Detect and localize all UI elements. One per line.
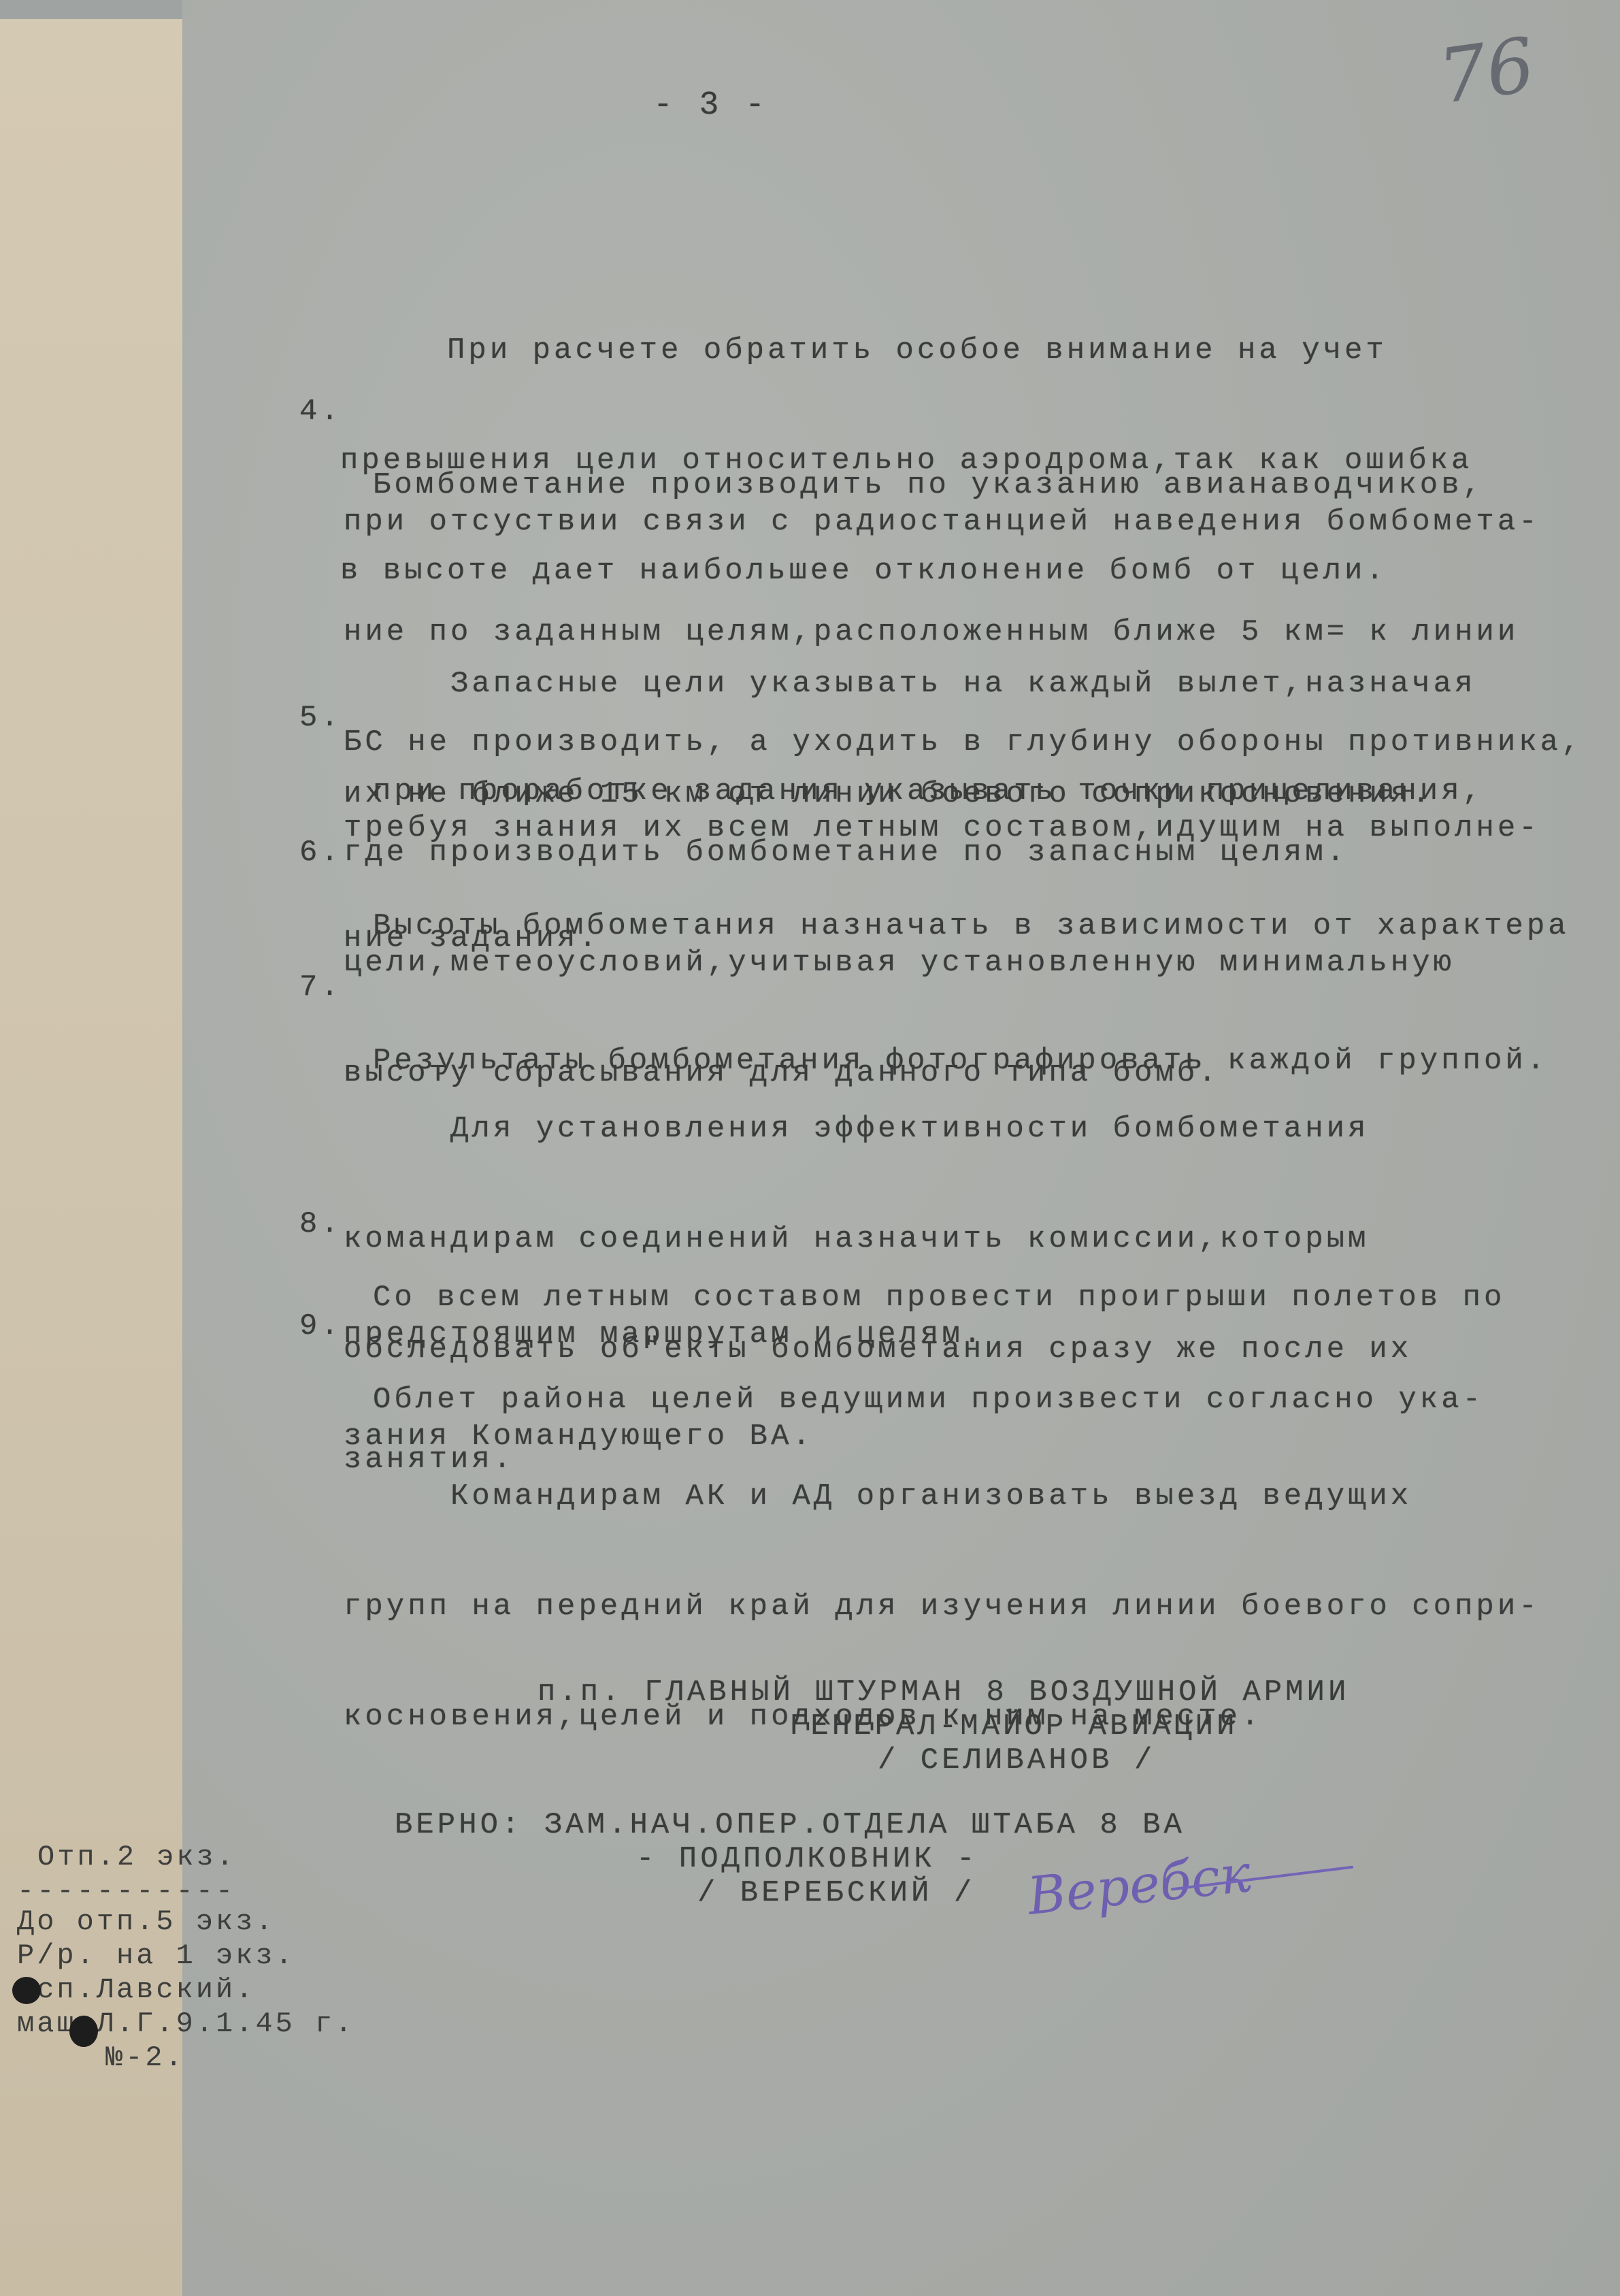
signatory-name: / СЕЛИВАНОВ / [878, 1742, 1155, 1779]
executor: Исп.Лавский. [17, 1973, 255, 2006]
text-line: Командирам АК и АД организовать выезд ве… [344, 1478, 1540, 1515]
item-number-9: 9. [299, 1308, 342, 1345]
distribution-to-send: До отп.5 экз. [17, 1905, 276, 1938]
text-line: Запасные цели указывать на каждый вылет,… [344, 666, 1476, 702]
text-line: при отсуствии связи с радиостанцией наве… [344, 504, 1583, 540]
distribution-draft: Р/р. на 1 экз. [17, 1939, 295, 1972]
item-number-8: 8. [299, 1206, 342, 1243]
item-number-4: 4. [299, 393, 342, 430]
certification-rank: - ПОДПОЛКОВНИК - [636, 1841, 978, 1877]
item-number-6: 6. [299, 834, 342, 871]
item-number-5: 5. [299, 700, 342, 736]
certification-title: ВЕРНО: ЗАМ.НАЧ.ОПЕР.ОТДЕЛА ШТАБА 8 ВА [395, 1807, 1185, 1843]
distribution-copies: Отп.2 экз. [37, 1841, 236, 1873]
item-number-7: 7. [299, 969, 342, 1006]
punch-hole [69, 2016, 98, 2047]
page-number: - 3 - [653, 87, 768, 124]
signatory-rank: ГЕНЕРАЛ-МАЙОР АВИАЦИИ [789, 1708, 1238, 1745]
punch-hole [12, 1977, 41, 2004]
archive-folio-number: 76 [1434, 21, 1540, 120]
text-line: При расчете обратить особое внимание на … [340, 332, 1472, 369]
scan-background-band [0, 0, 182, 20]
document-number: №-2. [105, 2041, 185, 2074]
text-line: групп на передний край для изучения лини… [344, 1588, 1540, 1625]
signatory-title: п.п. ГЛАВНЫЙ ШТУРМАН 8 ВОЗДУШНОЙ АРМИИ [538, 1674, 1349, 1711]
typist-date: маш.Л.Г.9.1.45 г. [17, 2007, 354, 2040]
distribution-divider: ----------- [17, 1875, 235, 1907]
text-line: Для установления эффективности бомбомета… [344, 1111, 1412, 1147]
certification-name: / ВЕРЕБСКИЙ / [697, 1875, 975, 1912]
